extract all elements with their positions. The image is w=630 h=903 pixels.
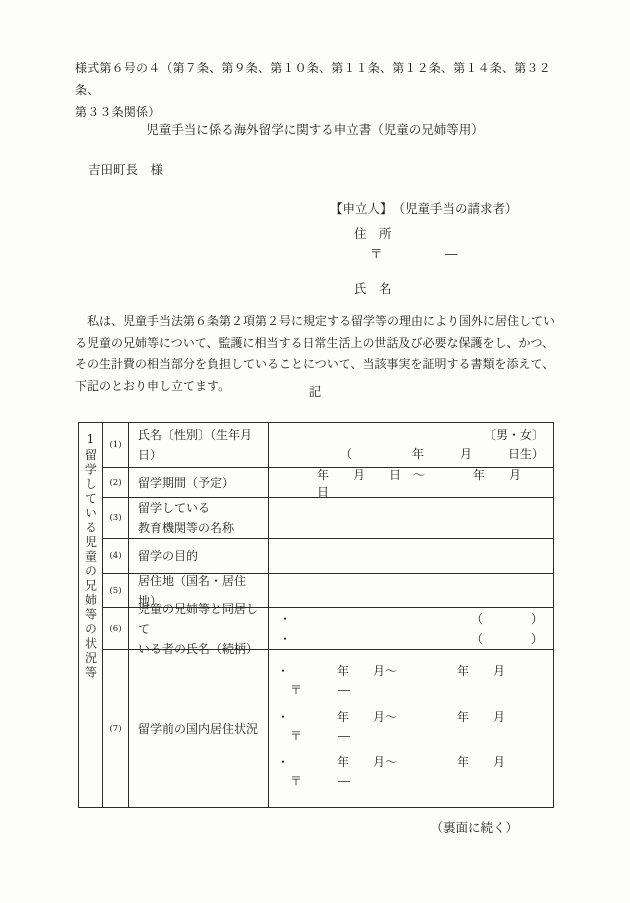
cohabitant-entry: ・ （ ）	[279, 610, 543, 627]
row-number: (5)	[103, 574, 129, 607]
residence-period-block: ・ 年 月～ 年 月 〒 ―	[277, 708, 545, 746]
institution-blank-cell	[269, 498, 553, 538]
table-row-cohabitants: (6) 児童の兄姉等と同居して いる者の氏名（続柄） ・ （ ） ・ （ ）	[103, 608, 553, 650]
row-number: (2)	[103, 468, 129, 497]
table-row-prior-residence: (7) 留学前の国内居住状況 ・ 年 月～ 年 月 〒 ― ・ 年 月～ 年 月…	[103, 650, 553, 807]
row-number: (3)	[103, 498, 129, 538]
form-number-note: 様式第６号の４（第７条、第９条、第１０条、第１１条、第１２条、第１４条、第３２条…	[75, 57, 563, 123]
relation-blank: （ ）	[471, 610, 543, 627]
table-row-study-period: (2) 留学期間（予定） 年 月 日 ～ 年 月 日	[103, 468, 553, 498]
applicant-block: 【申立人】 （児童手当の請求者） 住 所 〒 ― 氏 名	[330, 200, 518, 298]
relation-blank: （ ）	[471, 630, 543, 647]
sex-options: 〔男・女〕	[484, 426, 544, 443]
row-label: 留学している 教育機関等の名称	[129, 498, 269, 538]
row-label: 児童の兄姉等と同居して いる者の氏名（続柄）	[129, 608, 269, 649]
period-blank-line: ・ 年 月～ 年 月	[277, 753, 545, 772]
table-main-columns: (1) 氏名〔性別〕（生年月日） 〔男・女〕 （ 年 月 日生） (2) 留学期…	[103, 423, 553, 807]
addressee-line: 吉田町長 様	[88, 160, 163, 178]
birthdate-blank-line: （ 年 月 日生）	[340, 445, 544, 462]
row-number: (7)	[103, 650, 129, 807]
row-label: 留学前の国内居住状況	[129, 650, 269, 807]
bullet: ・	[279, 630, 291, 647]
document-title: 児童手当に係る海外留学に関する申立書（児童の兄姉等用）	[0, 120, 630, 138]
name-label: 氏 名	[354, 280, 518, 298]
row-number: (6)	[103, 608, 129, 649]
postal-blank-line: 〒 ―	[277, 681, 545, 700]
table-row-name: (1) 氏名〔性別〕（生年月日） 〔男・女〕 （ 年 月 日生）	[103, 423, 553, 468]
cohabitants-value-cell: ・ （ ） ・ （ ）	[269, 608, 553, 649]
residence-period-block: ・ 年 月～ 年 月 〒 ―	[277, 753, 545, 791]
continues-on-back-note: （裏面に続く）	[430, 818, 518, 836]
row-label: 留学期間（予定）	[129, 468, 269, 497]
row-label: 留学の目的	[129, 539, 269, 573]
table-row-institution: (3) 留学している 教育機関等の名称	[103, 498, 553, 539]
table-row-purpose: (4) 留学の目的	[103, 539, 553, 574]
residence-blank-cell	[269, 574, 553, 607]
cohabitant-entry: ・ （ ）	[279, 630, 543, 647]
study-period-blank-line: 年 月 日 ～ 年 月 日	[269, 468, 553, 497]
address-label: 住 所	[354, 225, 518, 243]
row-number: (1)	[103, 423, 129, 467]
prior-residence-value-cell: ・ 年 月～ 年 月 〒 ― ・ 年 月～ 年 月 〒 ― ・ 年 月～ 年 月…	[269, 650, 553, 807]
document-page: 様式第６号の４（第７条、第９条、第１０条、第１１条、第１２条、第１４条、第３２条…	[0, 0, 630, 903]
section-label: 1留学している児童の兄姉等の状況等	[80, 432, 102, 807]
study-abroad-status-table: 1留学している児童の兄姉等の状況等 (1) 氏名〔性別〕（生年月日） 〔男・女〕…	[78, 422, 554, 808]
name-value-cell: 〔男・女〕 （ 年 月 日生）	[269, 423, 553, 467]
bullet: ・	[279, 610, 291, 627]
postal-blank-line: 〒 ―	[277, 727, 545, 746]
purpose-blank-cell	[269, 539, 553, 573]
postal-code-line: 〒 ―	[370, 245, 518, 263]
applicant-heading: 【申立人】 （児童手当の請求者）	[330, 200, 518, 218]
row-label: 氏名〔性別〕（生年月日）	[129, 423, 269, 467]
residence-period-block: ・ 年 月～ 年 月 〒 ―	[277, 662, 545, 700]
section-label-column: 1留学している児童の兄姉等の状況等	[79, 423, 103, 807]
ki-heading: 記	[0, 382, 630, 400]
postal-blank-line: 〒 ―	[277, 772, 545, 791]
row-number: (4)	[103, 539, 129, 573]
period-blank-line: ・ 年 月～ 年 月	[277, 662, 545, 681]
period-blank-line: ・ 年 月～ 年 月	[277, 708, 545, 727]
